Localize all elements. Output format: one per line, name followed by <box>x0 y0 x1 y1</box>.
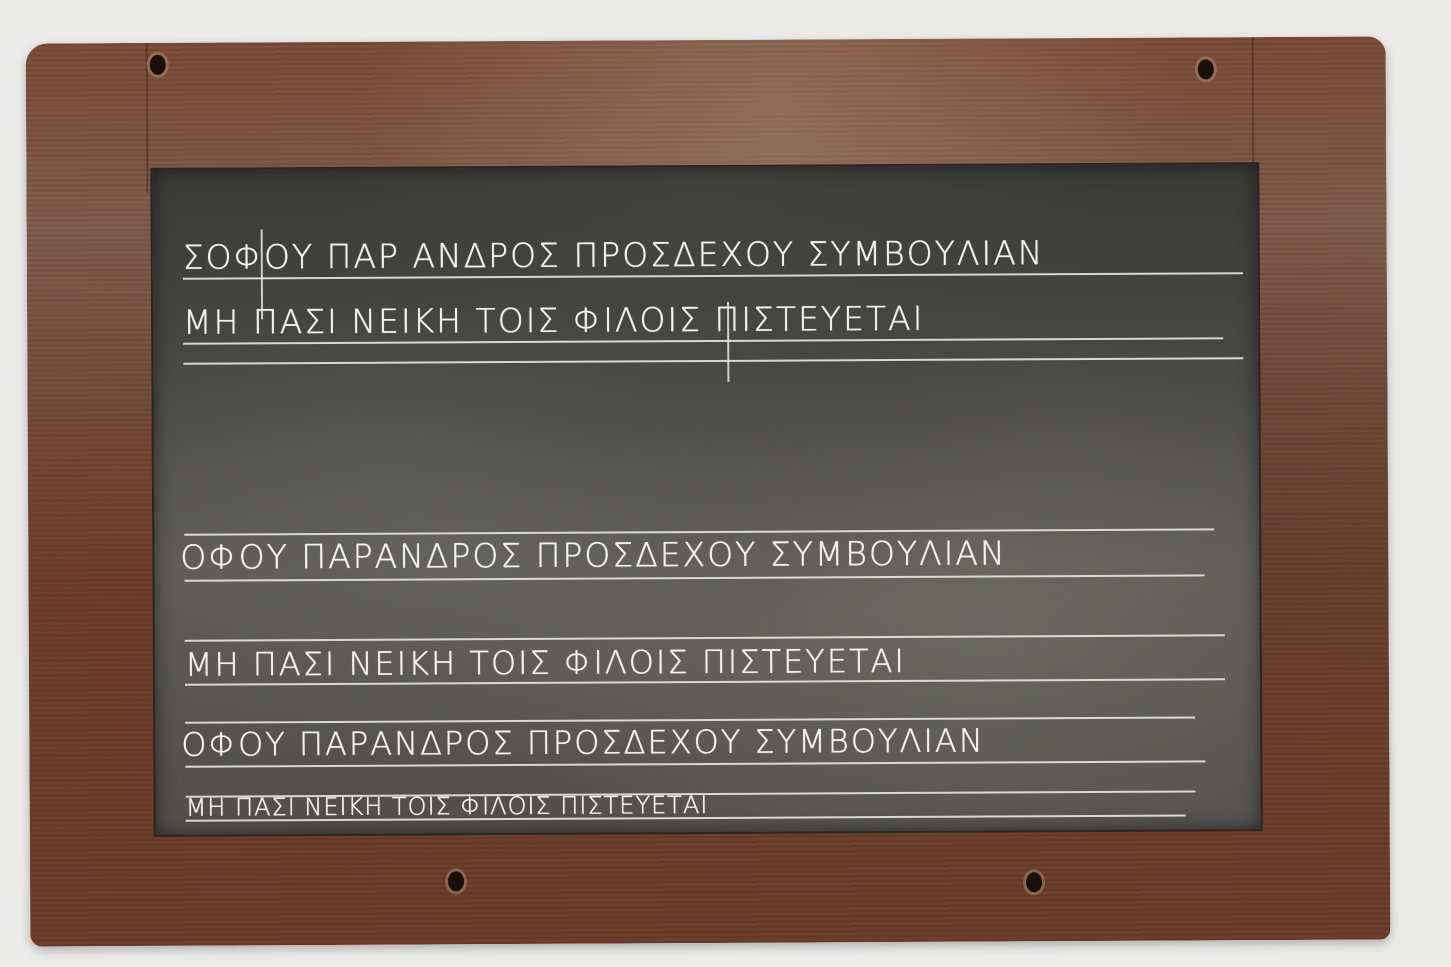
student-line-3: ΟΦΟΥ ΠΑΡΑΝΔΡΟΣ ΠΡΟΣΔΕΧΟΥ ΣΥΜΒΟΥΛΙΑΝ <box>181 722 985 764</box>
binding-hole-bottom-left <box>448 871 464 891</box>
writing-slate: ΣΟΦΟΥ ΠΑΡ ΑΝΔΡΟΣ ΠΡΟΣΔΕΧΟΥ ΣΥΜΒΟΥΛΙΑΝ ΜΗ… <box>150 162 1262 837</box>
student-line-1: ΟΦΟΥ ΠΑΡΑΝΔΡΟΣ ΠΡΟΣΔΕΧΟΥ ΣΥΜΒΟΥΛΙΑΝ <box>180 533 1007 576</box>
binding-hole-bottom-right <box>1026 872 1042 892</box>
student-line-2: ΜΗ ΠΑΣΙ ΝΕΙΚΗ ΤΟΙΣ ΦΙΛΟΙΣ ΠΙΣΤΕΥΕΤΑΙ <box>185 642 906 684</box>
frame-seam <box>146 43 149 193</box>
teacher-line-2: ΜΗ ΠΑΣΙ ΝΕΙΚΗ ΤΟΙΣ ΦΙΛΟΙΣ ΠΙΣΤΕΥΕΤΑΙ <box>183 299 924 342</box>
teacher-line-1: ΣΟΦΟΥ ΠΑΡ ΑΝΔΡΟΣ ΠΡΟΣΔΕΧΟΥ ΣΥΜΒΟΥΛΙΑΝ <box>183 233 1045 277</box>
phi-stroke <box>727 302 729 382</box>
binding-hole-top-right <box>1198 59 1214 79</box>
wooden-tablet: ΣΟΦΟΥ ΠΑΡ ΑΝΔΡΟΣ ΠΡΟΣΔΕΧΟΥ ΣΥΜΒΟΥΛΙΑΝ ΜΗ… <box>26 36 1391 946</box>
guide-line <box>185 634 1225 641</box>
binding-hole-top-left <box>150 55 166 75</box>
guide-line <box>183 357 1243 365</box>
